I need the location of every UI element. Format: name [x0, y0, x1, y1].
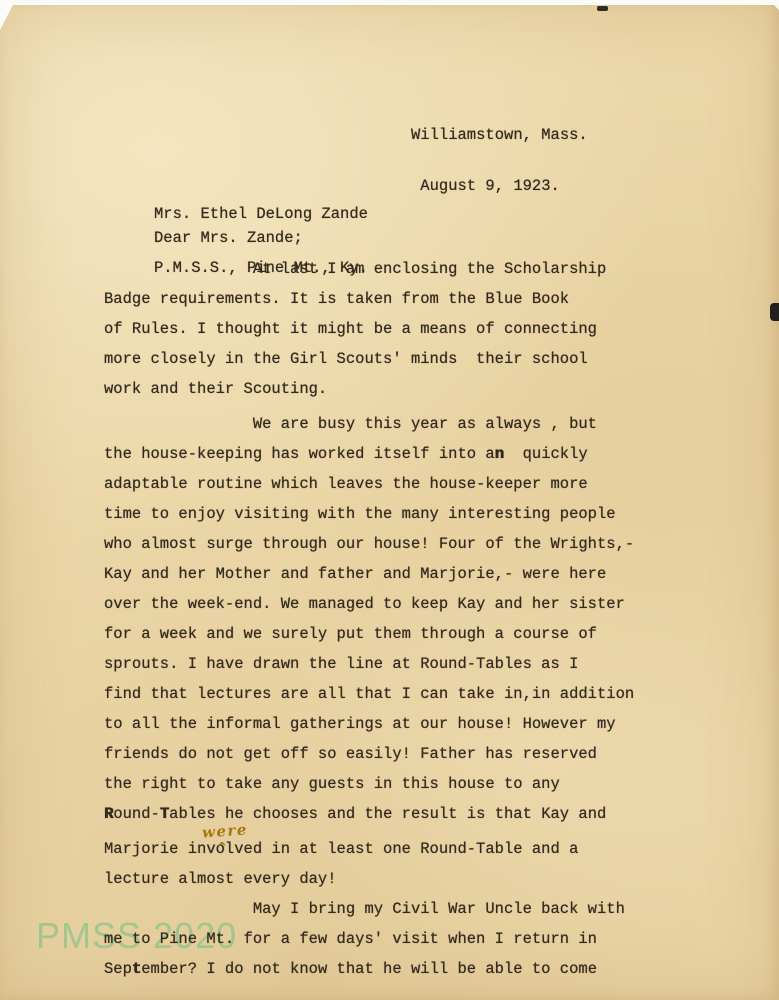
- overstruck-character: R: [104, 805, 113, 823]
- letter-line: who almost surge through our house! Four…: [104, 529, 754, 559]
- line-text: work and their Scouting.: [104, 380, 327, 398]
- overstruck-character: n: [495, 445, 504, 463]
- letter-line: me to Pine Mt. for a few days' visit whe…: [104, 924, 754, 954]
- line-text: ound-: [113, 805, 160, 823]
- letter-line: September? I do not know that he will be…: [104, 954, 754, 984]
- line-text: more closely in the Girl Scouts' minds t…: [104, 350, 588, 368]
- line-text: We are busy this year as always , but: [104, 415, 597, 433]
- line-text: me to Pine Mt. for a few days' visit whe…: [104, 930, 597, 948]
- letter-line: more closely in the Girl Scouts' minds t…: [104, 344, 754, 374]
- letter-line: time to enjoy visiting with the many int…: [104, 499, 754, 529]
- letter-line: work and their Scouting.: [104, 374, 754, 404]
- letter-line: over the week-end. We managed to keep Ka…: [104, 589, 754, 619]
- line-text: time to enjoy visiting with the many int…: [104, 505, 616, 523]
- letter-line: of Rules. I thought it might be a means …: [104, 314, 754, 344]
- recipient-name: Mrs. Ethel DeLong Zande: [154, 205, 368, 223]
- line-text: Kay and her Mother and father and Marjor…: [104, 565, 606, 583]
- letter-line: sprouts. I have drawn the line at Round-…: [104, 649, 754, 679]
- letter-line: We are busy this year as always , but: [104, 409, 754, 439]
- overstruck-character: t: [132, 960, 141, 978]
- line-text: May I bring my Civil War Uncle back with: [104, 900, 625, 918]
- line-text: At last I am enclosing the Scholarship: [104, 260, 606, 278]
- handwritten-insertion-were: were: [202, 822, 249, 840]
- letter-line: Kay and her Mother and father and Marjor…: [104, 559, 754, 589]
- letter-line: Badge requirements. It is taken from the…: [104, 284, 754, 314]
- dateline-place: Williamstown, Mass.: [411, 127, 588, 144]
- line-text: the house-keeping has worked itself into…: [104, 445, 495, 463]
- right-edge-notch-mark: [770, 303, 779, 321]
- line-text: sprouts. I have drawn the line at Round-…: [104, 655, 578, 673]
- line-text: of Rules. I thought it might be a means …: [104, 320, 597, 338]
- line-text: the right to take any guests in this hou…: [104, 775, 560, 793]
- top-edge-ink-mark: [597, 6, 608, 11]
- letter-line: find that lectures are all that I can ta…: [104, 679, 754, 709]
- overstruck-character: T: [160, 805, 169, 823]
- letter-line: the right to take any guests in this hou…: [104, 769, 754, 799]
- letter-line: May I bring my Civil War Uncle back with: [104, 894, 754, 924]
- line-text: friends do not get off so easily! Father…: [104, 745, 597, 763]
- letter-line: lecture almost every day!: [104, 864, 754, 894]
- letter-line: At last I am enclosing the Scholarship: [104, 254, 754, 284]
- letter-line: the house-keeping has worked itself into…: [104, 439, 754, 469]
- letter-line: adaptable routine which leaves the house…: [104, 469, 754, 499]
- line-text: adaptable routine which leaves the house…: [104, 475, 588, 493]
- line-text: over the week-end. We managed to keep Ka…: [104, 595, 625, 613]
- line-text: Badge requirements. It is taken from the…: [104, 290, 569, 308]
- line-text: lecture almost every day!: [104, 870, 337, 888]
- salutation: Dear Mrs. Zande;: [154, 229, 303, 247]
- line-text: who almost surge through our house! Four…: [104, 535, 634, 553]
- line-text: Marjorie involved in at least one Round-…: [104, 840, 578, 858]
- line-text: to all the informal gatherings at our ho…: [104, 715, 616, 733]
- line-text: ember? I do not know that he will be abl…: [141, 960, 597, 978]
- line-text: for a week and we surely put them throug…: [104, 625, 597, 643]
- insertion-caret: ^: [217, 841, 227, 853]
- dateline: Williamstown, Mass. August 9, 1923.: [411, 93, 588, 229]
- scanned-letter-page: Williamstown, Mass. August 9, 1923. Mrs.…: [0, 0, 779, 1000]
- line-text: find that lectures are all that I can ta…: [104, 685, 634, 703]
- letter-line: for a week and we surely put them throug…: [104, 619, 754, 649]
- letter-paper: Williamstown, Mass. August 9, 1923. Mrs.…: [0, 0, 779, 1000]
- letter-line: to all the informal gatherings at our ho…: [104, 709, 754, 739]
- letter-body: At last I am enclosing the ScholarshipBa…: [104, 254, 754, 984]
- line-text: Sep: [104, 960, 132, 978]
- letter-line: friends do not get off so easily! Father…: [104, 739, 754, 769]
- dateline-date: August 9, 1923.: [411, 178, 588, 195]
- line-text: quickly: [504, 445, 588, 463]
